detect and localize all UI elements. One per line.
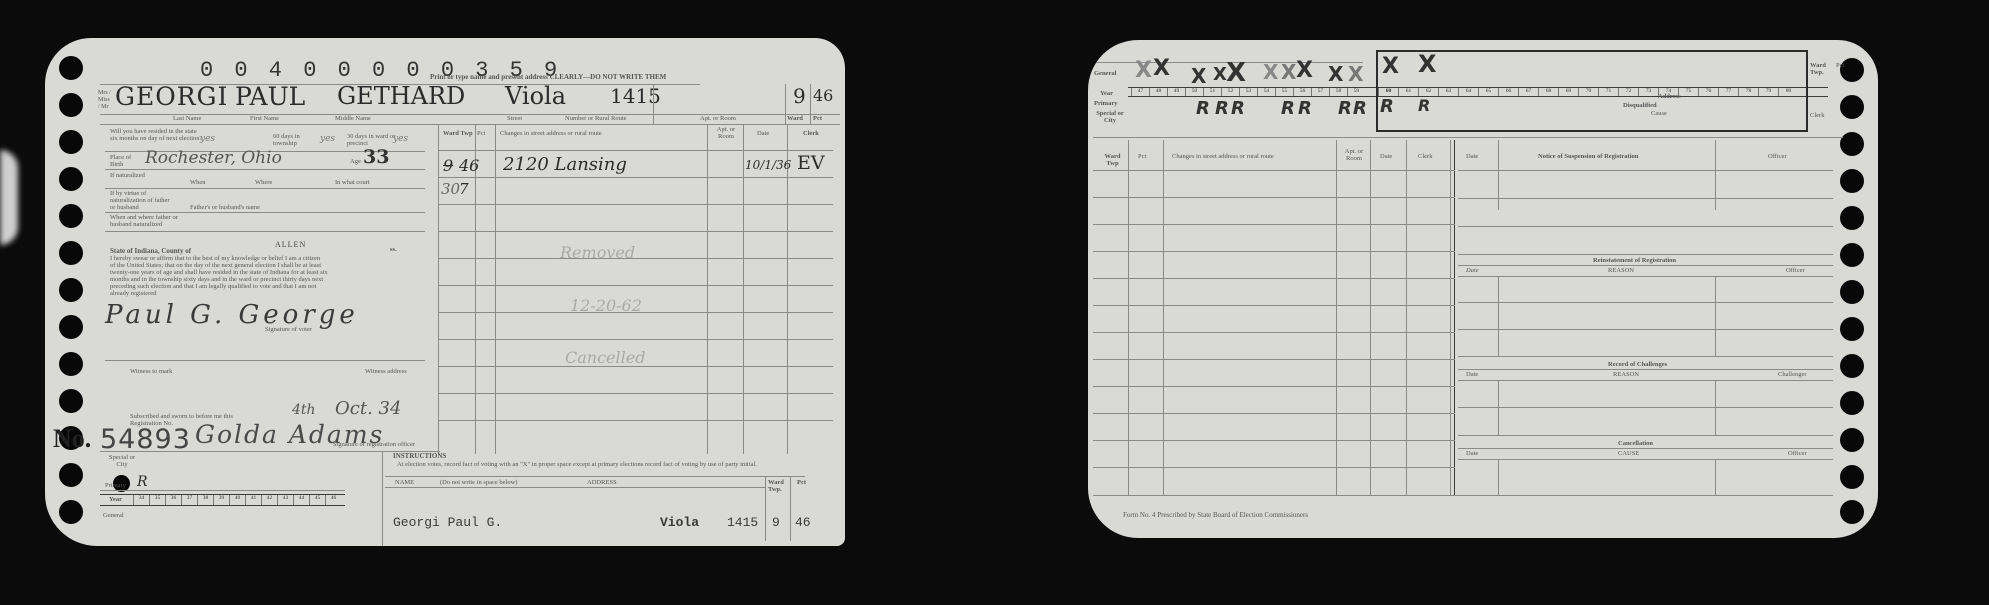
punch-hole bbox=[59, 278, 83, 302]
rule bbox=[1093, 413, 1455, 414]
vote-mark: X bbox=[1135, 58, 1152, 83]
address-label: ADDRESS bbox=[587, 479, 617, 486]
primary-mark: R bbox=[1353, 98, 1367, 119]
year-cell: 75 bbox=[1678, 88, 1698, 96]
typed-name: Georgi Paul G. bbox=[393, 515, 502, 530]
last-name-value: GEORGI bbox=[115, 82, 228, 111]
row-label-special: Special or City bbox=[1096, 110, 1124, 124]
col-officer: Officer bbox=[1768, 153, 1787, 160]
primary-mark: R bbox=[1231, 98, 1245, 119]
col-challenger: Challenger bbox=[1778, 371, 1807, 378]
year-cell: 47 bbox=[1131, 88, 1149, 96]
vote-mark: X bbox=[1382, 54, 1399, 79]
place-of-birth-label: Place of Birth bbox=[110, 154, 140, 168]
primary-mark: R bbox=[1298, 98, 1312, 119]
year-cell: 53 bbox=[1239, 88, 1257, 96]
year-cell: 72 bbox=[1618, 88, 1638, 96]
punch-hole bbox=[1840, 206, 1864, 230]
faint-note: 12-20-62 bbox=[570, 296, 642, 315]
year-cell: 65 bbox=[1478, 88, 1498, 96]
row-label-primary: Primary bbox=[105, 482, 126, 489]
year-cell: 45 bbox=[309, 495, 325, 505]
name-label: NAME bbox=[395, 479, 414, 486]
punch-hole bbox=[1840, 391, 1864, 415]
col-date: Date bbox=[1466, 371, 1478, 378]
col-date: Date bbox=[1466, 450, 1478, 457]
typed-street: Viola bbox=[660, 515, 699, 530]
col-clerk: Clerk bbox=[1418, 153, 1432, 160]
print-instruction: Print or type name and present address C… bbox=[430, 74, 666, 81]
rule bbox=[1093, 251, 1455, 252]
rule bbox=[105, 360, 425, 361]
voter-signature-label: Signature of voter bbox=[265, 326, 312, 333]
primary-mark: R bbox=[1196, 98, 1210, 119]
col-clerk: Clerk bbox=[803, 130, 819, 137]
rule bbox=[100, 451, 440, 452]
vote-mark: X bbox=[1348, 62, 1363, 86]
overlay-cause: Cause bbox=[1651, 110, 1667, 117]
year-cell: 44 bbox=[293, 495, 309, 505]
punch-hole bbox=[1840, 465, 1864, 489]
vote-mark: X bbox=[1226, 58, 1246, 88]
vote-mark: X bbox=[1213, 64, 1227, 85]
year-cell: 62 bbox=[1418, 88, 1438, 96]
punch-hole bbox=[59, 130, 83, 154]
rule bbox=[1715, 276, 1716, 356]
rule bbox=[438, 150, 833, 151]
year-cell: 69 bbox=[1558, 88, 1578, 96]
rule bbox=[787, 124, 788, 454]
rule bbox=[438, 393, 833, 394]
rule bbox=[438, 124, 439, 454]
year-cell: 54 bbox=[1257, 88, 1275, 96]
pct-label: Pct bbox=[797, 479, 806, 486]
rule bbox=[1458, 356, 1833, 357]
year-cell: 77 bbox=[1718, 88, 1738, 96]
year-cell: 79 bbox=[1758, 88, 1778, 96]
col-ward: Ward Twp bbox=[443, 130, 473, 137]
row-label-special: Special or City bbox=[108, 454, 136, 468]
year-cell: 78 bbox=[1738, 88, 1758, 96]
punch-hole bbox=[59, 56, 83, 80]
year-cell: 50 bbox=[1185, 88, 1203, 96]
registration-card-back: General Year Primary Special or City 47 … bbox=[1088, 40, 1878, 538]
row-label-year: Year bbox=[109, 496, 122, 503]
challenges-title: Record of Challenges bbox=[1608, 361, 1667, 368]
typed-number: 1415 bbox=[727, 515, 758, 530]
year-cell: 41 bbox=[245, 495, 261, 505]
witness-address-label: Witness address bbox=[365, 368, 407, 375]
punch-hole bbox=[1840, 428, 1864, 452]
year-cell: 43 bbox=[277, 495, 293, 505]
reinstatement-title: Reinstatement of Registration bbox=[1593, 257, 1676, 264]
witness-label: Witness to mark bbox=[130, 368, 172, 375]
label-last-name: Last Name bbox=[173, 115, 201, 122]
vote-mark: X bbox=[1281, 60, 1296, 84]
space-note: (Do not write in space below) bbox=[440, 479, 517, 486]
year-cell: 64 bbox=[1458, 88, 1478, 96]
row-label-general: General bbox=[1094, 70, 1116, 77]
year-cell: 76 bbox=[1698, 88, 1718, 96]
rule bbox=[105, 188, 425, 189]
year-cell: 37 bbox=[181, 495, 197, 505]
punch-hole bbox=[1840, 500, 1864, 524]
ward-twp-label: Ward Twp. bbox=[768, 479, 788, 493]
label-number: Number or Rural Route bbox=[565, 115, 627, 122]
rule bbox=[1093, 440, 1455, 441]
rule bbox=[100, 505, 345, 506]
rule bbox=[1458, 407, 1833, 408]
rule bbox=[790, 476, 791, 541]
rule bbox=[1450, 140, 1451, 495]
label-pct: Pct bbox=[813, 115, 822, 122]
rule bbox=[1370, 140, 1371, 495]
typed-ward: 9 bbox=[772, 515, 780, 530]
rule bbox=[1458, 198, 1833, 199]
punch-hole bbox=[1840, 354, 1864, 378]
rule bbox=[1458, 276, 1833, 277]
rule bbox=[105, 212, 425, 213]
rule bbox=[1454, 140, 1455, 495]
col-officer: Officer bbox=[1788, 450, 1807, 457]
punch-hole bbox=[1840, 243, 1864, 267]
parent-naturalization-label: If by virtue of naturalization of father… bbox=[110, 190, 175, 211]
punch-hole bbox=[59, 389, 83, 413]
rule bbox=[438, 204, 833, 205]
label-middle-name: Middle Name bbox=[335, 115, 371, 122]
year-cell: 63 bbox=[1438, 88, 1458, 96]
overlay-address: Address bbox=[1658, 93, 1681, 100]
cancellation-title: Cancellation bbox=[1618, 440, 1653, 447]
overlay-disqualified: Disqualified bbox=[1623, 102, 1657, 109]
registrar-signature-label: Signature of registration officer bbox=[333, 441, 415, 448]
subscribed-month-year: Oct. 34 bbox=[335, 398, 401, 419]
row-pct: 7 bbox=[459, 180, 469, 198]
punch-hole bbox=[1840, 169, 1864, 193]
rule bbox=[1093, 170, 1455, 171]
pct-label: Pct bbox=[1836, 62, 1844, 69]
punch-hole bbox=[1840, 280, 1864, 304]
rule bbox=[1458, 435, 1833, 436]
row-date: 10/1/36 bbox=[745, 158, 791, 172]
col-changes: Changes in street address or rural route bbox=[1172, 153, 1274, 160]
rule bbox=[1336, 140, 1337, 495]
col-pct: Pct bbox=[1138, 153, 1146, 160]
oath-line: preceding such election and that I am le… bbox=[110, 283, 316, 290]
primary-mark: R bbox=[1215, 98, 1229, 119]
year-cell: 66 bbox=[1498, 88, 1518, 96]
year-cell: 51 bbox=[1203, 88, 1221, 96]
year-cell: 70 bbox=[1578, 88, 1598, 96]
punch-hole bbox=[1840, 317, 1864, 341]
row-ward: 30 bbox=[441, 180, 460, 198]
year-cell: 71 bbox=[1598, 88, 1618, 96]
state-residence-answer: yes bbox=[200, 134, 215, 144]
rule bbox=[765, 476, 766, 541]
rule bbox=[438, 339, 833, 340]
col-date: Date bbox=[1466, 267, 1479, 274]
row-clerk: EV bbox=[797, 152, 825, 174]
year-cell: 56 bbox=[1293, 88, 1311, 96]
year-cell: 68 bbox=[1538, 88, 1558, 96]
col-ward: Ward Twp bbox=[1100, 153, 1125, 167]
punch-hole bbox=[59, 93, 83, 117]
primary-mark: R bbox=[1418, 96, 1430, 115]
rule bbox=[1458, 369, 1833, 370]
registration-prefix: No. bbox=[53, 424, 91, 454]
col-changes: Changes in street address or rural route bbox=[500, 130, 602, 137]
court-label: In what court bbox=[335, 179, 370, 186]
punch-hole bbox=[59, 352, 83, 376]
rule bbox=[1458, 254, 1833, 255]
rule bbox=[1458, 265, 1833, 266]
punch-hole bbox=[1840, 132, 1864, 156]
rule bbox=[100, 490, 345, 491]
year-cell: 49 bbox=[1167, 88, 1185, 96]
year-cell: 52 bbox=[1221, 88, 1239, 96]
col-reason: REASON bbox=[1613, 371, 1639, 378]
col-apt: Apt. or Room bbox=[711, 126, 741, 140]
rule bbox=[653, 84, 654, 124]
voter-signature: Paul G. George bbox=[105, 300, 359, 330]
age-label: Age bbox=[350, 158, 361, 165]
ward-value: 9 bbox=[793, 84, 806, 108]
year-cell: 34 bbox=[133, 495, 149, 505]
instructions-text: At election votes, record fact of voting… bbox=[397, 461, 822, 468]
rule bbox=[105, 169, 425, 170]
rule bbox=[1458, 448, 1833, 449]
subscribed-label: Subscribed and sworn to before me this bbox=[130, 413, 233, 420]
oath-line: months and in the township sixty days an… bbox=[110, 276, 323, 283]
punch-hole bbox=[59, 167, 83, 191]
rule bbox=[1498, 140, 1499, 210]
father-name-label: Father's or husband's name bbox=[190, 204, 260, 211]
rule bbox=[1093, 278, 1455, 279]
year-cell: 38 bbox=[197, 495, 213, 505]
year-cell: 46 bbox=[325, 495, 341, 505]
township-question: 60 days in township bbox=[273, 133, 323, 147]
row-label-general: General bbox=[103, 512, 124, 519]
street-value: Viola bbox=[505, 82, 566, 110]
rule bbox=[1093, 305, 1455, 306]
first-name-value: PAUL bbox=[235, 82, 305, 111]
rule bbox=[385, 487, 765, 488]
township-answer: yes bbox=[320, 134, 335, 144]
label-first-name: First Name bbox=[250, 115, 279, 122]
oath-heading: State of Indiana, County of bbox=[110, 248, 191, 255]
row-pct: 46 bbox=[459, 156, 479, 175]
rule bbox=[1458, 302, 1833, 303]
year-cell: 48 bbox=[1149, 88, 1167, 96]
oath-line: I hereby swear or affirm that to the bes… bbox=[110, 255, 320, 262]
place-of-birth-value: Rochester, Ohio bbox=[145, 148, 282, 168]
rule bbox=[1458, 459, 1833, 460]
rule bbox=[438, 231, 833, 232]
ss-label: ss. bbox=[390, 246, 397, 253]
year-cell: 59 bbox=[1347, 88, 1365, 96]
year-cell: 42 bbox=[261, 495, 277, 505]
row-ward: 9 bbox=[443, 156, 453, 175]
ward-twp-label: Ward Twp. bbox=[1810, 62, 1830, 76]
year-cell: 80 bbox=[1778, 88, 1798, 96]
instructions-heading: INSTRUCTIONS bbox=[393, 453, 446, 460]
rule bbox=[100, 124, 840, 125]
rule bbox=[438, 420, 833, 421]
punch-hole bbox=[59, 315, 83, 339]
rule bbox=[1093, 332, 1455, 333]
rule bbox=[1093, 197, 1455, 198]
oath-line: twenty-one years of age and shall have r… bbox=[110, 269, 328, 276]
label-apt: Apt. or Room bbox=[700, 115, 736, 122]
rule bbox=[1093, 137, 1843, 138]
rule bbox=[385, 476, 805, 477]
punch-hole bbox=[59, 241, 83, 265]
rule bbox=[1406, 140, 1407, 495]
col-pct: Pct bbox=[477, 130, 485, 137]
vote-mark: X bbox=[1418, 50, 1437, 78]
rule bbox=[810, 84, 811, 124]
col-apt: Apt. or Room bbox=[1340, 148, 1368, 162]
state-residence-question: Will you have resided in the state six m… bbox=[110, 128, 205, 142]
rule bbox=[1458, 170, 1833, 171]
oath-line: already registered bbox=[110, 290, 156, 297]
primary-mark: R bbox=[1380, 96, 1394, 117]
col-reason: REASON bbox=[1608, 267, 1634, 274]
rule bbox=[1458, 329, 1833, 330]
year-cell: 60 bbox=[1378, 88, 1398, 96]
precinct-value: 46 bbox=[813, 86, 833, 105]
punch-hole bbox=[1840, 95, 1864, 119]
primary-mark: R bbox=[137, 474, 148, 490]
col-date: Date bbox=[1466, 153, 1478, 160]
background-card-edge bbox=[0, 150, 18, 245]
primary-mark: R bbox=[1281, 98, 1295, 119]
vote-mark: X bbox=[1191, 64, 1206, 88]
punch-hole bbox=[59, 463, 83, 487]
rule bbox=[1458, 380, 1833, 381]
rule bbox=[1715, 140, 1716, 210]
row-address: 2120 Lansing bbox=[503, 154, 627, 175]
punch-hole bbox=[59, 500, 83, 524]
rule bbox=[438, 285, 833, 286]
rule bbox=[438, 258, 833, 259]
typed-pct: 46 bbox=[795, 515, 811, 530]
col-officer: Officer bbox=[1786, 267, 1805, 274]
year-cell: 58 bbox=[1329, 88, 1347, 96]
father-naturalized-label: When and where father or husband natural… bbox=[110, 214, 180, 228]
rule bbox=[438, 177, 833, 178]
rule bbox=[1715, 459, 1716, 495]
form-footer: Form No. 4 Prescribed by State Board of … bbox=[1123, 512, 1308, 519]
year-cell: 36 bbox=[165, 495, 181, 505]
rule bbox=[105, 231, 425, 232]
ward-residence-answer: yes bbox=[393, 134, 408, 144]
year-cell: 35 bbox=[149, 495, 165, 505]
rule bbox=[1093, 359, 1455, 360]
vote-mark: X bbox=[1153, 56, 1170, 81]
rule bbox=[495, 124, 496, 454]
rule bbox=[1498, 276, 1499, 356]
rule bbox=[1128, 140, 1129, 495]
middle-name-value: GETHARD bbox=[337, 82, 465, 110]
vote-mark: X bbox=[1263, 60, 1278, 84]
rule bbox=[382, 451, 383, 546]
when-label: When bbox=[190, 179, 206, 186]
subscribed-day: 4th bbox=[292, 402, 316, 418]
year-cell: 39 bbox=[213, 495, 229, 505]
year-cell: 55 bbox=[1275, 88, 1293, 96]
faint-note: Cancelled bbox=[565, 348, 645, 367]
label-street: Street bbox=[507, 115, 522, 122]
rule bbox=[1093, 224, 1455, 225]
col-date: Date bbox=[1380, 153, 1392, 160]
rule bbox=[743, 124, 744, 454]
rule bbox=[1163, 140, 1164, 495]
rule bbox=[1093, 467, 1455, 468]
year-cell: 67 bbox=[1518, 88, 1538, 96]
punch-hole bbox=[59, 204, 83, 228]
oath-line: of the United States; that on the day of… bbox=[110, 262, 321, 269]
clerk-label: Clerk bbox=[1810, 112, 1824, 119]
naturalized-label: If naturalized bbox=[110, 172, 150, 179]
primary-mark: R bbox=[1338, 98, 1352, 119]
col-cause: CAUSE bbox=[1618, 450, 1639, 457]
rule bbox=[1458, 226, 1833, 227]
year-cell: 61 bbox=[1398, 88, 1418, 96]
age-value: 33 bbox=[363, 146, 389, 168]
year-cell: 73 bbox=[1638, 88, 1658, 96]
year-cell: 40 bbox=[229, 495, 245, 505]
where-label: Where bbox=[255, 179, 272, 186]
row-label-primary: Primary bbox=[1094, 100, 1117, 107]
rule bbox=[1093, 495, 1833, 496]
rule bbox=[785, 84, 786, 124]
registration-card-front: 0 0 4 0 0 0 0 0 3 5 9 Print or type name… bbox=[45, 38, 845, 546]
title-prefix: Mrs / Miss / Mr bbox=[98, 90, 112, 111]
col-date: Date bbox=[757, 130, 769, 137]
col-notice: Notice of Suspension of Registration bbox=[1538, 153, 1638, 160]
rule bbox=[1093, 386, 1455, 387]
year-cell: 57 bbox=[1311, 88, 1329, 96]
rule bbox=[707, 124, 708, 454]
vote-mark: X bbox=[1328, 62, 1343, 86]
vote-mark: X bbox=[1296, 58, 1313, 83]
label-ward: Ward bbox=[787, 115, 803, 122]
faint-note: Removed bbox=[560, 243, 635, 262]
row-label-year: Year bbox=[1100, 90, 1113, 97]
county-value: ALLEN bbox=[275, 240, 306, 249]
rule bbox=[1498, 459, 1499, 495]
